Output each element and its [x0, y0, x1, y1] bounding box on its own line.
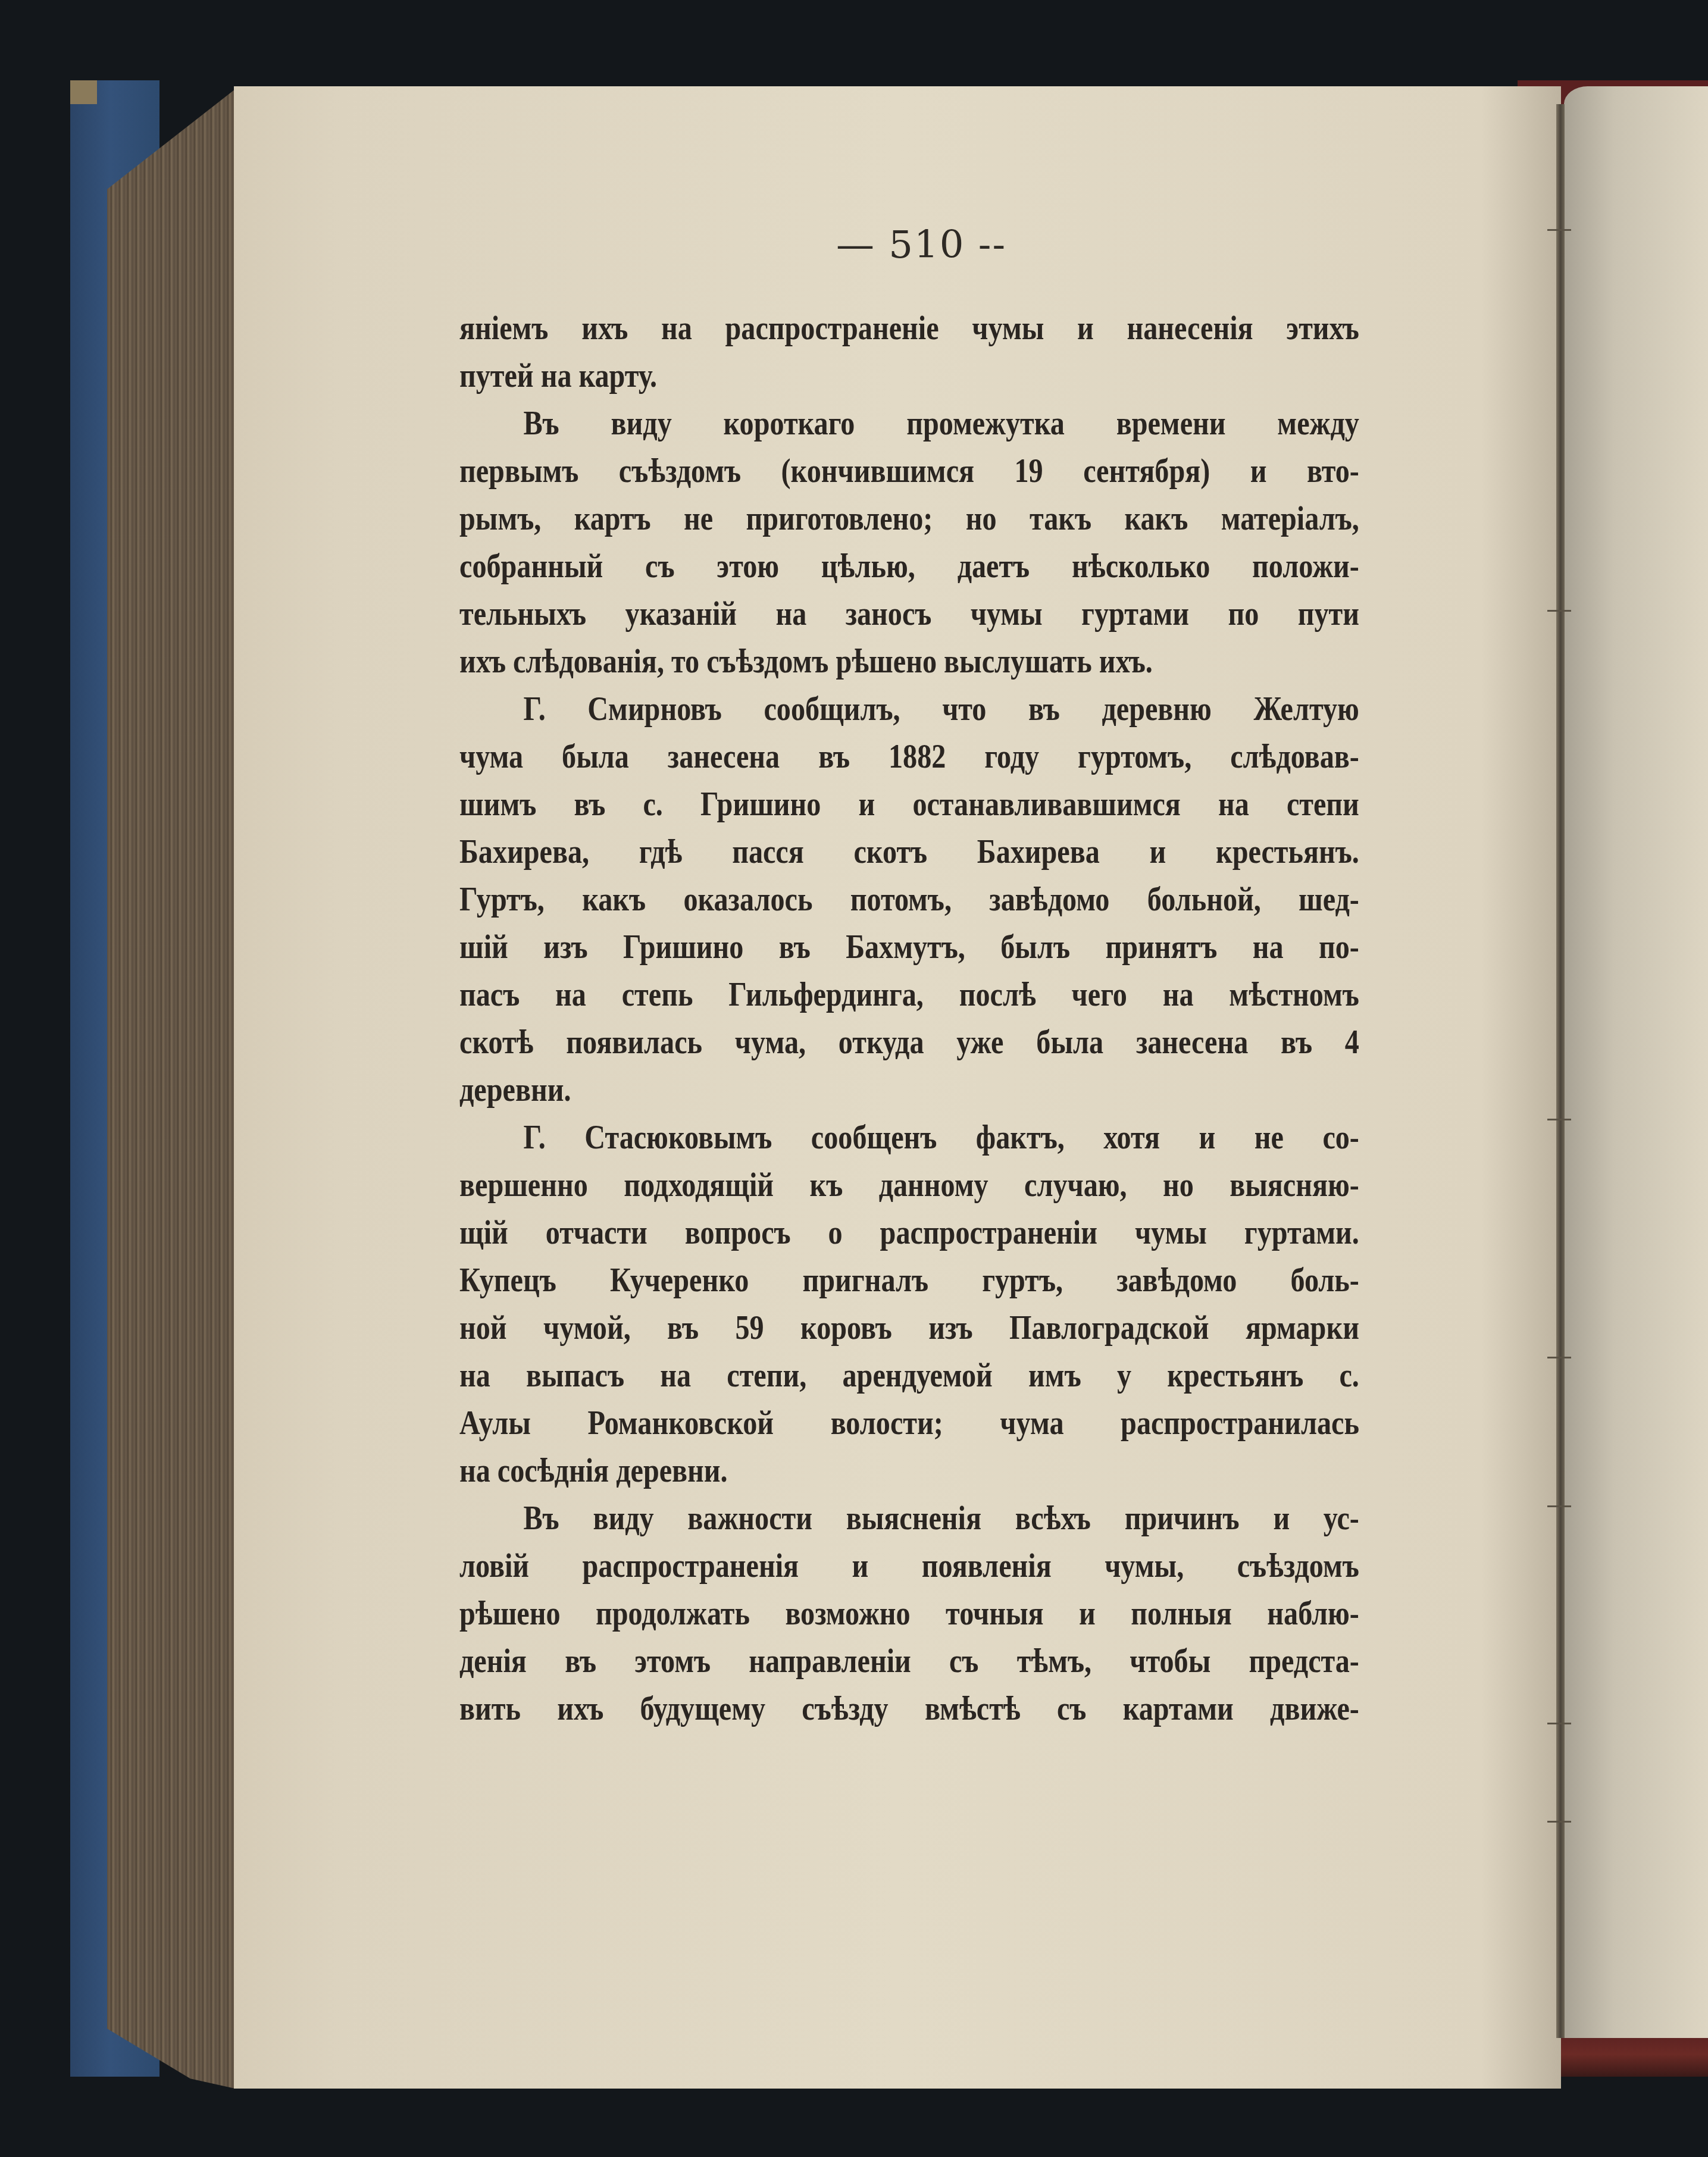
binding-thread-mark	[1547, 1119, 1571, 1120]
text-line: Въ виду короткаго промежутка времени меж…	[459, 400, 1359, 447]
text-line: шимъ въ с. Гришино и останавливавшимся н…	[459, 781, 1359, 828]
text-line: Въ виду важности выясненія всѣхъ причинъ…	[459, 1495, 1359, 1542]
book-scan: — 510 -- яніемъ ихъ на распространеніе ч…	[0, 0, 1708, 2157]
binding-thread-mark	[1547, 1821, 1571, 1823]
binding-thread-mark	[1547, 1505, 1571, 1507]
text-line: щій отчасти вопросъ о распространеніи чу…	[459, 1209, 1359, 1257]
binding-thread-mark	[1547, 1723, 1571, 1724]
text-line: первымъ съѣздомъ (кончившимся 19 сентябр…	[459, 447, 1359, 495]
cover-corner-reinforcement	[70, 80, 97, 104]
text-line: рымъ, картъ не приготовлено; но такъ как…	[459, 495, 1359, 543]
text-line: чума была занесена въ 1882 году гуртомъ,…	[459, 733, 1359, 781]
text-line: вить ихъ будущему съѣзду вмѣстѣ съ карта…	[459, 1685, 1359, 1733]
text-line: Купецъ Кучеренко пригналъ гуртъ, завѣдом…	[459, 1257, 1359, 1304]
text-line: скотѣ появилась чума, откуда уже была за…	[459, 1019, 1359, 1066]
text-line: Г. Стасюковымъ сообщенъ фактъ, хотя и не…	[459, 1114, 1359, 1162]
text-line: Бахирева, гдѣ пасся скотъ Бахирева и кре…	[459, 828, 1359, 876]
page-block-edge	[107, 89, 235, 2089]
body-text: яніемъ ихъ на распространеніе чумы и нан…	[459, 305, 1233, 1733]
binding-thread-mark	[1547, 229, 1571, 231]
text-line: шій изъ Гришино въ Бахмутъ, былъ принятъ…	[459, 923, 1359, 971]
text-line: вершенно подходящій къ данному случаю, н…	[459, 1162, 1359, 1209]
text-line: пасъ на степь Гильфердинга, послѣ чего н…	[459, 971, 1359, 1019]
page-gutter	[1556, 104, 1565, 2038]
text-line: собранный съ этою цѣлью, даетъ нѣсколько…	[459, 543, 1359, 590]
text-line: Гуртъ, какъ оказалось потомъ, завѣдомо б…	[459, 876, 1359, 923]
text-line: рѣшено продолжать возможно точныя и полн…	[459, 1590, 1359, 1638]
binding-thread-mark	[1547, 610, 1571, 612]
text-line: на сосѣднія деревни.	[459, 1447, 1359, 1495]
text-line: ловій распространенія и появленія чумы, …	[459, 1542, 1359, 1590]
binding-thread-mark	[1547, 1357, 1571, 1358]
text-line: Аулы Романковской волости; чума распрост…	[459, 1400, 1359, 1447]
text-line: тельныхъ указаній на заносъ чумы гуртами…	[459, 590, 1359, 638]
text-line: путей на карту.	[459, 352, 1359, 400]
text-line: на выпасъ на степи, арендуемой имъ у кре…	[459, 1352, 1359, 1400]
page-number: — 510 --	[836, 223, 1006, 267]
text-line: яніемъ ихъ на распространеніе чумы и нан…	[459, 305, 1359, 352]
text-line: денія въ этомъ направленіи съ тѣмъ, чтоб…	[459, 1638, 1359, 1685]
text-line: ной чумой, въ 59 коровъ изъ Павлоградско…	[459, 1304, 1359, 1352]
facing-page	[1564, 86, 1708, 2038]
text-line: деревни.	[459, 1066, 1359, 1114]
text-line: ихъ слѣдованія, то съѣздомъ рѣшено выслу…	[459, 638, 1359, 685]
text-line: Г. Смирновъ сообщилъ, что въ деревню Жел…	[459, 685, 1359, 733]
